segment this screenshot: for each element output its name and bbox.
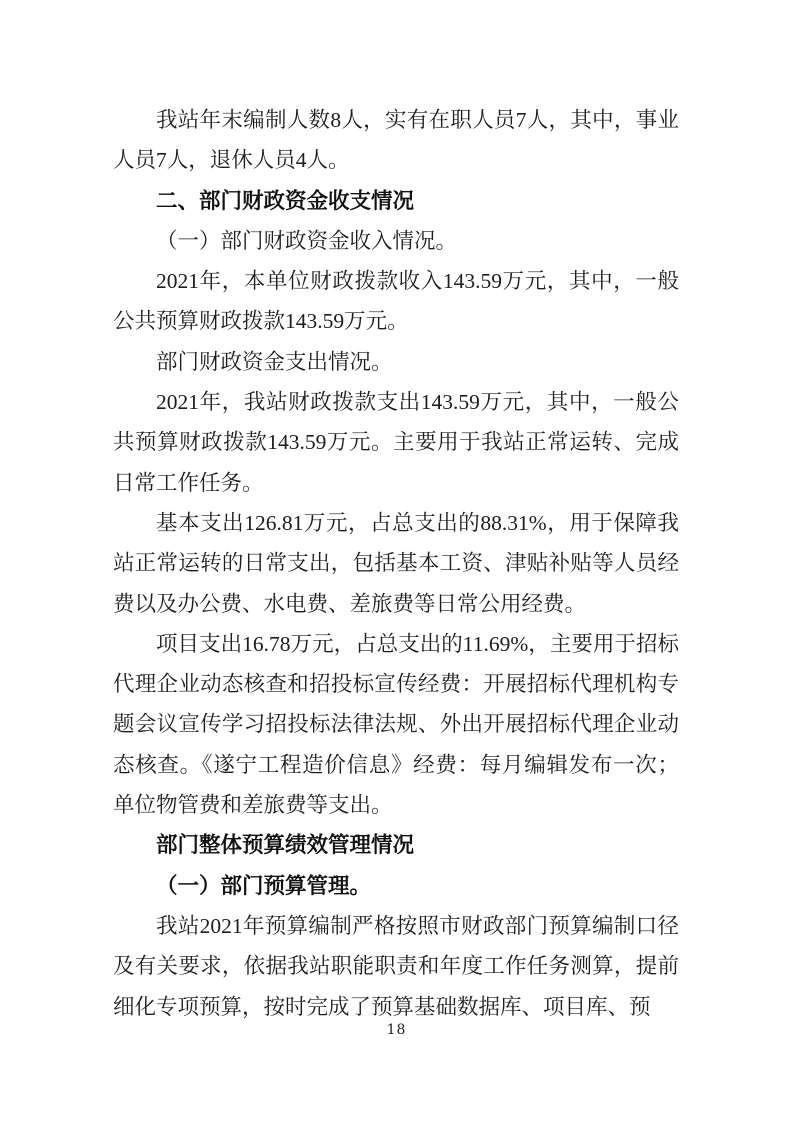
heading-paragraph: 二、部门财政资金收支情况 xyxy=(113,181,679,221)
body-paragraph: 2021年，我站财政拨款支出143.59万元，其中，一般公共预算财政拨款143.… xyxy=(113,382,679,503)
body-paragraph: （一）部门财政资金收入情况。 xyxy=(113,221,679,261)
body-paragraph: 项目支出16.78万元，占总支出的11.69%，主要用于招标代理企业动态核查和招… xyxy=(113,624,679,825)
document-body: 我站年末编制人数8人，实有在职人员7人，其中，事业人员7人，退休人员4人。二、部… xyxy=(113,100,679,1027)
heading-paragraph: 部门整体预算绩效管理情况 xyxy=(113,825,679,865)
body-paragraph: 我站年末编制人数8人，实有在职人员7人，其中，事业人员7人，退休人员4人。 xyxy=(113,100,679,181)
body-paragraph: 我站2021年预算编制严格按照市财政部门预算编制口径及有关要求，依据我站职能职责… xyxy=(113,906,679,1027)
body-paragraph: 基本支出126.81万元，占总支出的88.31%，用于保障我站正常运转的日常支出… xyxy=(113,503,679,624)
document-page: 我站年末编制人数8人，实有在职人员7人，其中，事业人员7人，退休人员4人。二、部… xyxy=(0,0,793,1122)
page-number: 18 xyxy=(0,1022,793,1038)
body-paragraph: 2021年，本单位财政拨款收入143.59万元，其中，一般公共预算财政拨款143… xyxy=(113,261,679,342)
heading-paragraph: （一）部门预算管理。 xyxy=(113,866,679,906)
body-paragraph: 部门财政资金支出情况。 xyxy=(113,342,679,382)
